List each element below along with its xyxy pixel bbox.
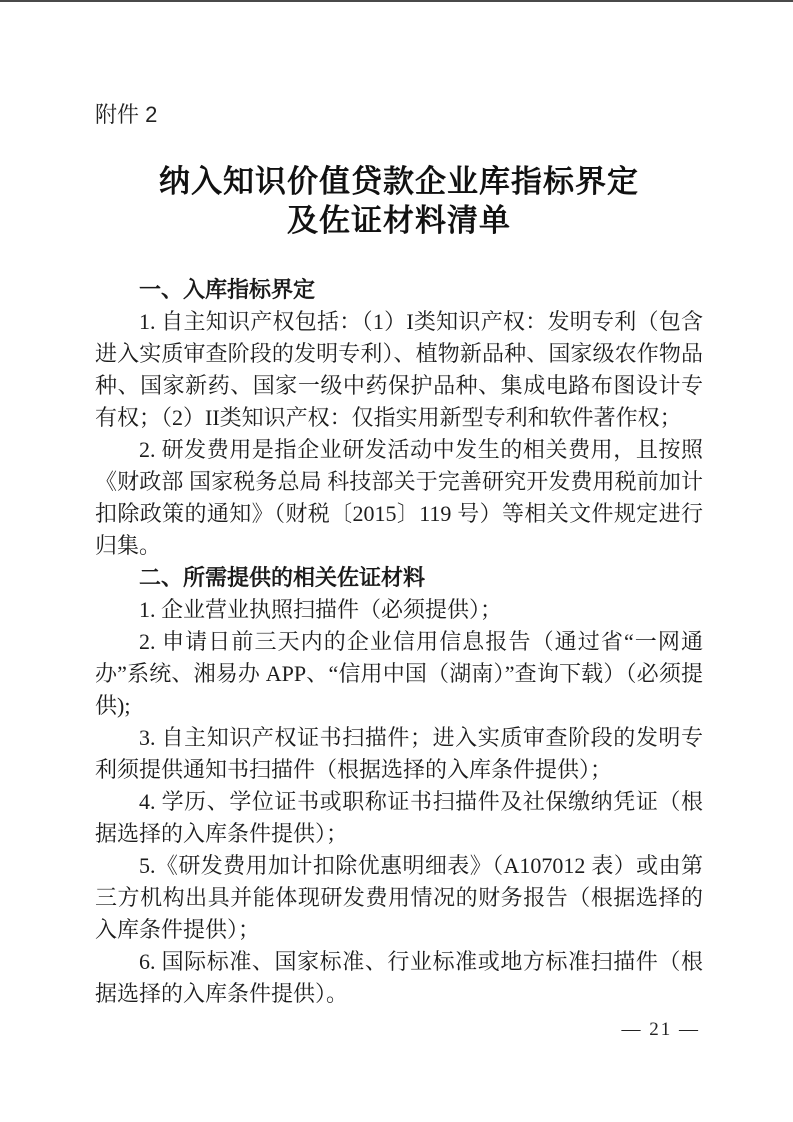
page-number: — 21 — <box>622 1015 701 1045</box>
document-page: 附件 2 纳入知识价值贷款企业库指标界定 及佐证材料清单 一、入库指标界定 1.… <box>0 0 793 1122</box>
section-supporting-materials: 二、所需提供的相关佐证材料 1. 企业营业执照扫描件（必须提供）； 2. 申请日… <box>95 562 703 1010</box>
section-2-item-6: 6. 国际标准、国家标准、行业标准或地方标准扫描件（根据选择的入库条件提供）。 <box>95 946 703 1010</box>
section-1-paragraph-1: 1. 自主知识产权包括：（1）I类知识产权：发明专利（包含进入实质审查阶段的发明… <box>95 306 703 434</box>
section-1-paragraph-2: 2. 研发费用是指企业研发活动中发生的相关费用，且按照《财政部 国家税务总局 科… <box>95 434 703 562</box>
section-indicator-definition: 一、入库指标界定 1. 自主知识产权包括：（1）I类知识产权：发明专利（包含进入… <box>95 274 703 562</box>
document-title-line2: 及佐证材料清单 <box>95 201 703 240</box>
section-2-item-1: 1. 企业营业执照扫描件（必须提供）； <box>95 594 703 626</box>
section-2-heading: 二、所需提供的相关佐证材料 <box>95 562 703 594</box>
page-content: 附件 2 纳入知识价值贷款企业库指标界定 及佐证材料清单 一、入库指标界定 1.… <box>95 0 703 1010</box>
document-title: 纳入知识价值贷款企业库指标界定 及佐证材料清单 <box>95 162 703 240</box>
section-2-item-5: 5.《研发费用加计扣除优惠明细表》（A107012 表）或由第三方机构出具并能体… <box>95 850 703 946</box>
section-2-item-2: 2. 申请日前三天内的企业信用信息报告（通过省“一网通办”系统、湘易办 APP、… <box>95 626 703 722</box>
section-1-heading: 一、入库指标界定 <box>95 274 703 306</box>
attachment-label: 附件 2 <box>95 100 703 130</box>
section-2-item-3: 3. 自主知识产权证书扫描件；进入实质审查阶段的发明专利须提供通知书扫描件（根据… <box>95 722 703 786</box>
section-2-item-4: 4. 学历、学位证书或职称证书扫描件及社保缴纳凭证（根据选择的入库条件提供）； <box>95 786 703 850</box>
document-title-line1: 纳入知识价值贷款企业库指标界定 <box>95 162 703 201</box>
